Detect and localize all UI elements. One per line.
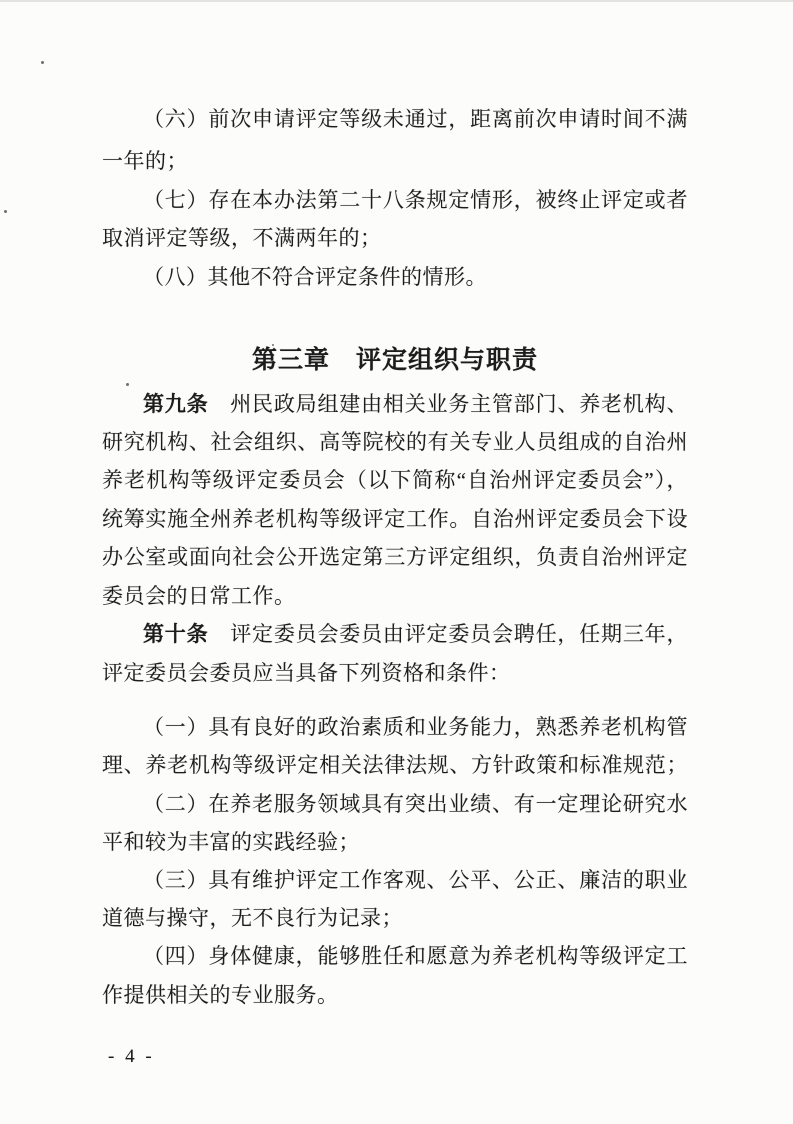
text-line: 第十条 评定委员会委员由评定委员会聘任，任期三年， [143,619,688,650]
text-line: （一）具有良好的政治素质和业务能力，熟悉养老机构管 [143,712,688,742]
scan-artifact-dot [126,383,129,386]
scan-artifact-dot [272,344,274,346]
text-line: 统筹实施全州养老机构等级评定工作。自治州评定委员会下设 [102,504,688,534]
text-line: 作提供相关的专业服务。 [102,980,688,1010]
text-line: 办公室或面向社会公开选定第三方评定组织，负责自治州评定 [102,542,688,572]
scan-artifact-dot [41,61,44,64]
document-page: （六）前次申请评定等级未通过，距离前次申请时间不满 一年的； （七）存在本办法第… [0,0,793,1124]
article-text: 州民政局组建由相关业务主管部门、养老机构、 [208,392,688,416]
article-number: 第九条 [143,393,208,416]
text-line: （三）具有维护评定工作客观、公平、公正、廉洁的职业 [143,865,688,895]
text-line: （二）在养老服务领域具有突出业绩、有一定理论研究水 [143,789,688,819]
text-line: （八）其他不符合评定条件的情形。 [143,262,688,292]
text-line: 平和较为丰富的实践经验； [102,827,688,857]
page-number: - 4 - [108,1046,155,1068]
text-line: 研究机构、社会组织、高等院校的有关专业人员组成的自治州 [102,427,688,457]
chapter-heading: 第三章 评定组织与职责 [102,344,688,376]
text-line: （四）身体健康，能够胜任和愿意为养老机构等级评定工 [143,941,688,971]
article-text: 评定委员会委员由评定委员会聘任，任期三年， [208,622,688,646]
text-line: 评定委员会委员应当具备下列资格和条件： [102,658,688,688]
scan-artifact-dot [4,210,7,213]
text-line: 取消评定等级，不满两年的； [102,223,688,253]
text-line: （六）前次申请评定等级未通过，距离前次申请时间不满 [143,104,688,134]
text-line: 养老机构等级评定委员会（以下简称“自治州评定委员会”）， [102,465,688,495]
text-line: 一年的； [102,146,688,176]
text-line: 委员会的日常工作。 [102,581,688,611]
text-line: 理、养老机构等级评定相关法律法规、方针政策和标准规范； [102,750,688,780]
article-number: 第十条 [143,623,208,646]
text-line: 第九条 州民政局组建由相关业务主管部门、养老机构、 [143,389,688,420]
text-line: （七）存在本办法第二十八条规定情形，被终止评定或者 [143,185,688,215]
text-line: 道德与操守，无不良行为记录； [102,903,688,933]
